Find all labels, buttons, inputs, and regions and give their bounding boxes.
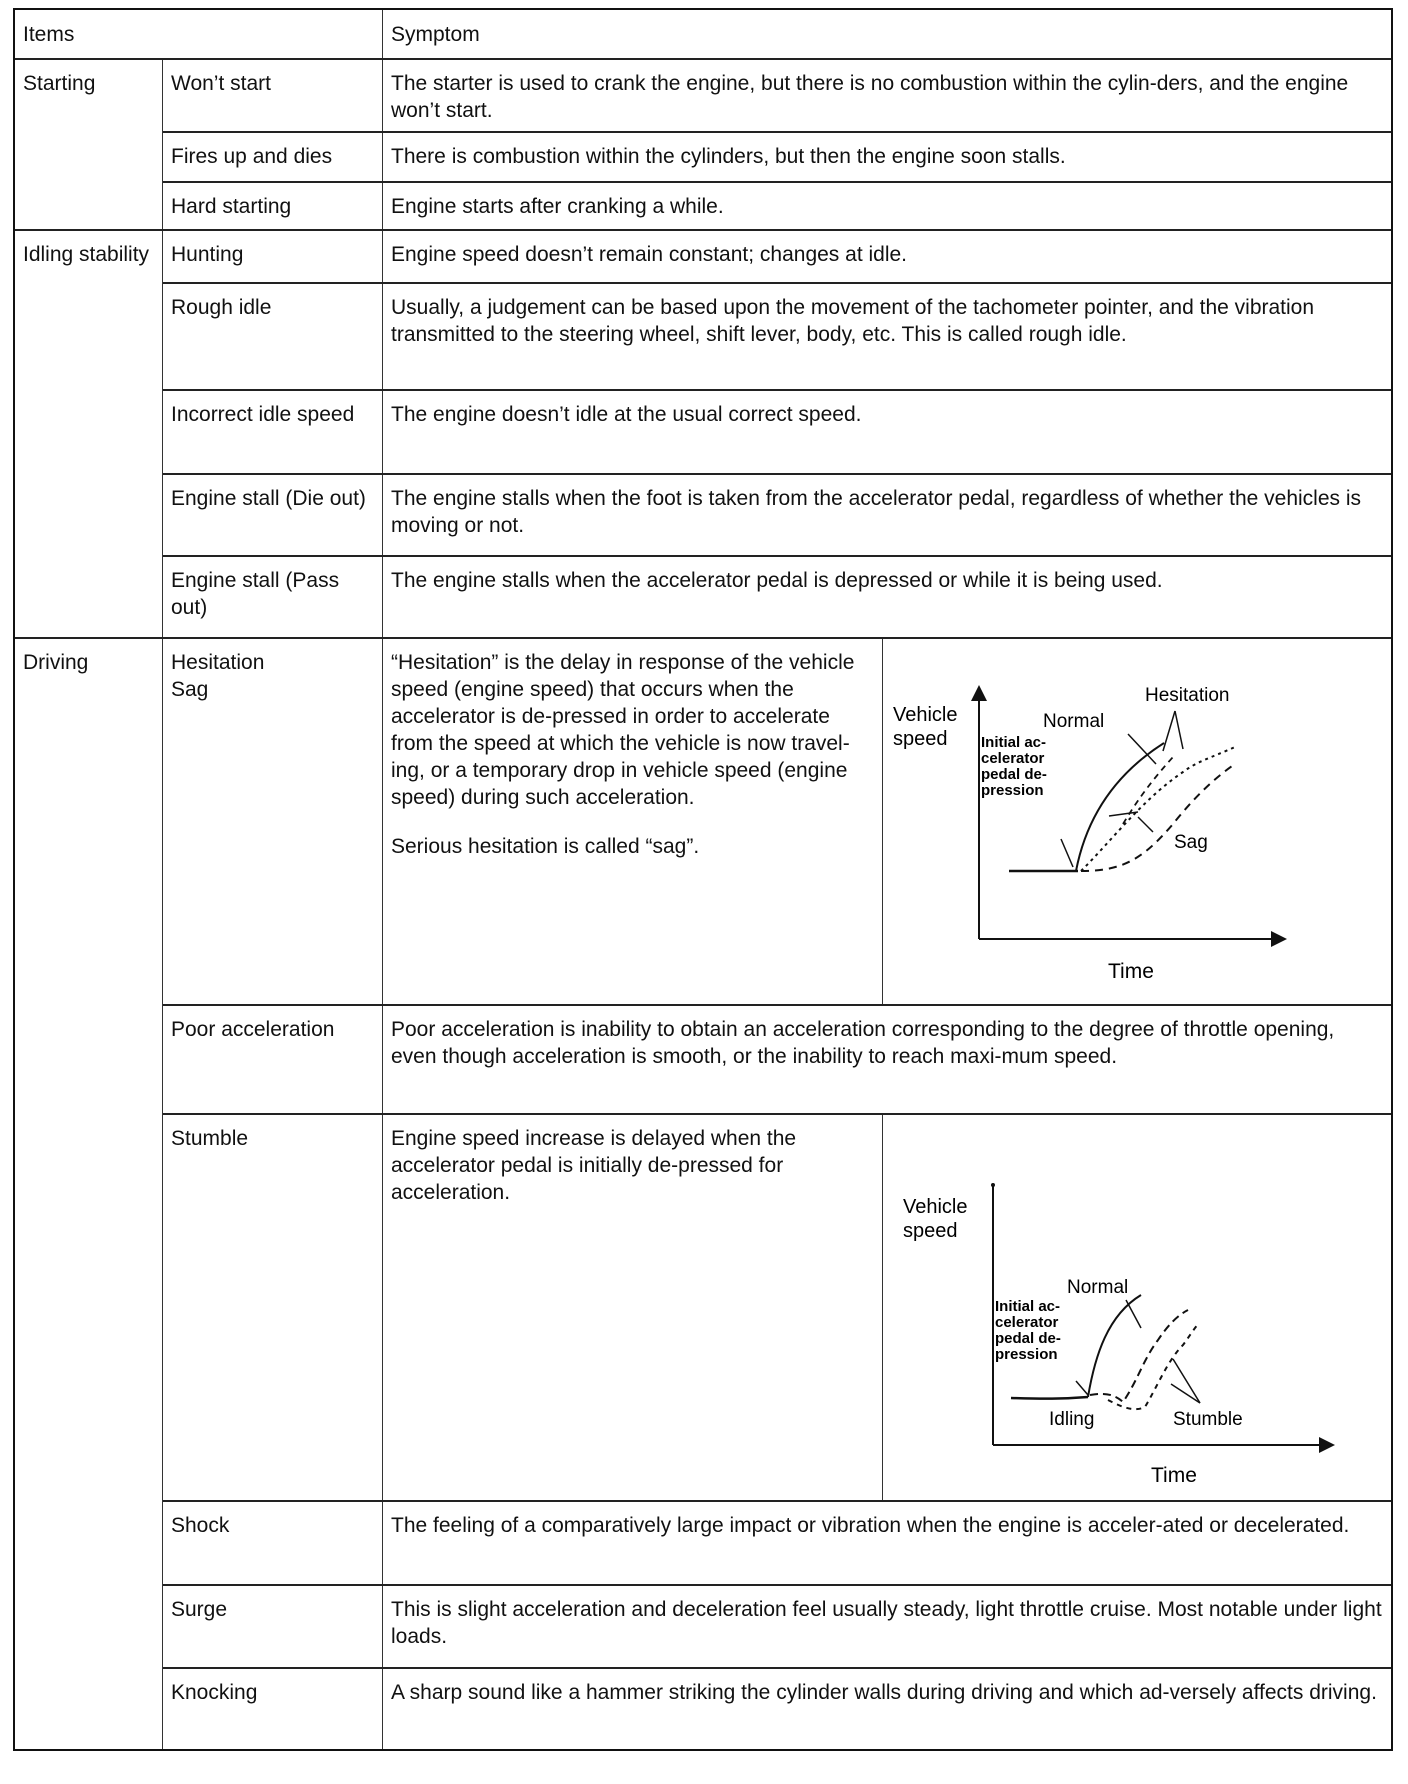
table-row: Fires up and dies There is combustion wi…	[163, 131, 1391, 181]
item-label-line: Hesitation Sag	[171, 649, 281, 703]
pedal-label: Initial ac-	[981, 734, 1046, 751]
pedal-label: pression	[995, 1346, 1058, 1363]
hesitation-sag-chart: Vehicle speed Time	[883, 639, 1381, 1002]
table-header: Items Symptom	[15, 10, 1391, 58]
pedal-label: celerator	[981, 750, 1045, 767]
pedal-label: pression	[981, 782, 1044, 799]
table-row: Engine stall (Pass out) The engine stall…	[163, 555, 1391, 637]
idling-label: Idling	[1049, 1409, 1094, 1430]
item-label: Incorrect idle speed	[163, 391, 383, 473]
item-label: Engine stall (Pass out)	[163, 557, 383, 637]
symptom-text: Engine starts after cranking a while.	[383, 183, 1391, 229]
item-label: Engine stall (Die out)	[163, 475, 383, 555]
pedal-label: pedal de-	[981, 766, 1047, 783]
symptom-text: Engine speed doesn’t remain constant; ch…	[383, 231, 1391, 282]
symptom-note: Serious hesitation is called “sag”.	[391, 833, 874, 860]
item-label: Hunting	[163, 231, 383, 282]
symptom-text: Poor acceleration is inability to obtain…	[383, 1006, 1391, 1113]
item-label: Poor acceleration	[163, 1006, 383, 1113]
symptom-text: There is combustion within the cylinders…	[383, 133, 1391, 181]
normal-label: Normal	[1043, 711, 1104, 732]
symptom-text: The engine stalls when the foot is taken…	[383, 475, 1391, 555]
category-label: Idling stability	[15, 231, 163, 637]
stumble-diagram: Vehicle speed Time Normal	[883, 1115, 1391, 1500]
stumble-chart: Vehicle speed Time Normal	[883, 1115, 1381, 1500]
y-axis-label: speed	[903, 1220, 958, 1242]
item-label: Rough idle	[163, 284, 383, 389]
symptom-text: A sharp sound like a hammer striking the…	[383, 1669, 1391, 1749]
group-starting: Starting Won’t start The starter is used…	[15, 58, 1391, 229]
table-row: Hard starting Engine starts after cranki…	[163, 181, 1391, 229]
item-label: Stumble	[163, 1115, 383, 1500]
pedal-label: pedal de-	[995, 1330, 1061, 1347]
symptom-text: The engine doesn’t idle at the usual cor…	[383, 391, 1391, 473]
table-row: Incorrect idle speed The engine doesn’t …	[163, 389, 1391, 473]
table-row: Hesitation Sag “Hesitation” is the delay…	[163, 639, 1391, 1004]
item-label: Hesitation Sag	[163, 639, 383, 1004]
x-axis-label: Time	[1151, 1464, 1197, 1487]
y-axis-label: Vehicle	[893, 704, 958, 726]
category-label: Starting	[15, 60, 163, 229]
item-label: Hard starting	[163, 183, 383, 229]
group-driving: Driving Hesitation Sag “Hesitation” is t…	[15, 637, 1391, 1749]
symptom-text: Usually, a judgement can be based upon t…	[383, 284, 1391, 389]
table-row: Knocking A sharp sound like a hammer str…	[163, 1667, 1391, 1749]
y-axis-label: Vehicle	[903, 1196, 968, 1218]
y-axis-label: speed	[893, 728, 948, 750]
item-label: Surge	[163, 1586, 383, 1667]
sag-label: Sag	[1174, 832, 1208, 853]
table-row: Won’t start The starter is used to crank…	[163, 60, 1391, 131]
symptom-text: The feeling of a comparatively large imp…	[383, 1502, 1391, 1584]
pedal-label: Initial ac-	[995, 1298, 1060, 1315]
table-row: Rough idle Usually, a judgement can be b…	[163, 282, 1391, 389]
table-row: Engine stall (Die out) The engine stalls…	[163, 473, 1391, 555]
item-label: Shock	[163, 1502, 383, 1584]
symptom-table: Items Symptom Starting Won’t start The s…	[13, 8, 1393, 1751]
table-row: Poor acceleration Poor acceleration is i…	[163, 1004, 1391, 1113]
symptom-text: “Hesitation” is the delay in response of…	[391, 649, 874, 811]
symptom-text: Engine speed increase is delayed when th…	[391, 1125, 811, 1206]
x-axis-label: Time	[1108, 960, 1154, 983]
group-idling-stability: Idling stability Hunting Engine speed do…	[15, 229, 1391, 637]
table-row: Shock The feeling of a comparatively lar…	[163, 1500, 1391, 1584]
table-row: Hunting Engine speed doesn’t remain cons…	[163, 231, 1391, 282]
symptom-text: This is slight acceleration and decelera…	[383, 1586, 1391, 1667]
pedal-label: celerator	[995, 1314, 1059, 1331]
normal-label: Normal	[1067, 1277, 1128, 1298]
header-items: Items	[15, 10, 383, 58]
header-symptom: Symptom	[383, 10, 1391, 58]
table-row: Stumble Engine speed increase is delayed…	[163, 1113, 1391, 1500]
stumble-label: Stumble	[1173, 1409, 1243, 1430]
item-label: Knocking	[163, 1669, 383, 1749]
item-label: Fires up and dies	[163, 133, 383, 181]
hesitation-label: Hesitation	[1145, 685, 1230, 706]
category-label: Driving	[15, 639, 163, 1749]
table-row: Surge This is slight acceleration and de…	[163, 1584, 1391, 1667]
hesitation-sag-diagram: Vehicle speed Time	[883, 639, 1391, 1004]
item-label: Won’t start	[163, 60, 383, 131]
symptom-text: The engine stalls when the accelerator p…	[383, 557, 1391, 637]
symptom-text: The starter is used to crank the engine,…	[383, 60, 1391, 131]
